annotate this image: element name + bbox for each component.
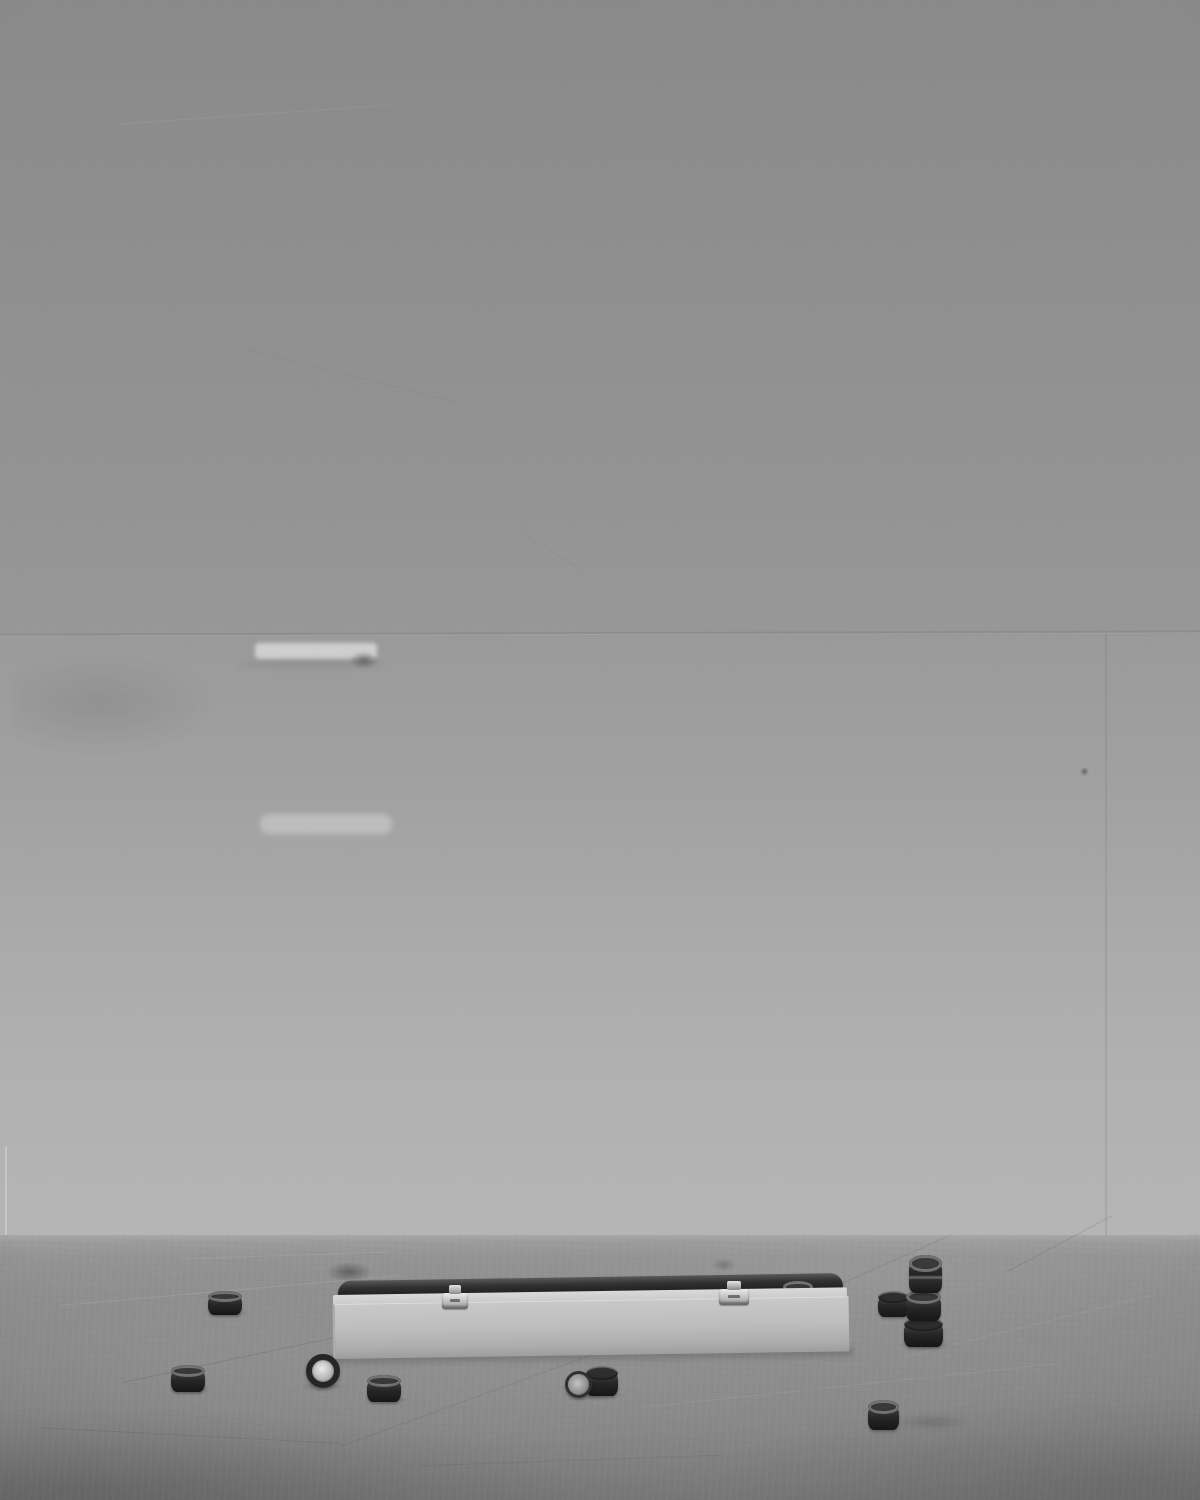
nut: [208, 1291, 242, 1315]
bench-scratch: [420, 1455, 720, 1466]
nut-stack-middle: [906, 1290, 941, 1321]
glass-reflection-streak: [260, 814, 392, 834]
nut: [878, 1291, 909, 1317]
metal-case-front: [333, 1296, 850, 1359]
tipped-cylinder-face: [565, 1371, 592, 1398]
bench-scratch: [641, 1363, 1059, 1408]
bench-scratch: [40, 1427, 340, 1444]
wall-background: [0, 0, 1200, 1236]
glass-edge-glint: [5, 1146, 7, 1236]
nut: [171, 1365, 205, 1392]
photo-scene: [0, 0, 1200, 1500]
nut-stack-top: [909, 1255, 942, 1293]
bench-scratch: [180, 1251, 390, 1259]
wall-speck: [1080, 767, 1089, 776]
bench-stain: [327, 1262, 371, 1282]
glass-smudge: [349, 651, 379, 669]
nut: [868, 1400, 899, 1430]
nut-cap: [208, 1291, 242, 1302]
nut-cap: [586, 1366, 618, 1380]
nut-shadow: [892, 1414, 972, 1430]
nut-cap: [868, 1400, 899, 1414]
case-latch-left: [442, 1293, 468, 1309]
nut-stack-bottom: [904, 1317, 943, 1347]
case-latch-right: [719, 1289, 749, 1305]
bench-stain: [711, 1258, 736, 1272]
glass-edge-line: [1105, 634, 1107, 1236]
nut-cap: [878, 1291, 909, 1303]
lens-ring: [306, 1354, 340, 1388]
glass-smudge-cloud: [15, 652, 225, 757]
nut: [367, 1375, 401, 1402]
